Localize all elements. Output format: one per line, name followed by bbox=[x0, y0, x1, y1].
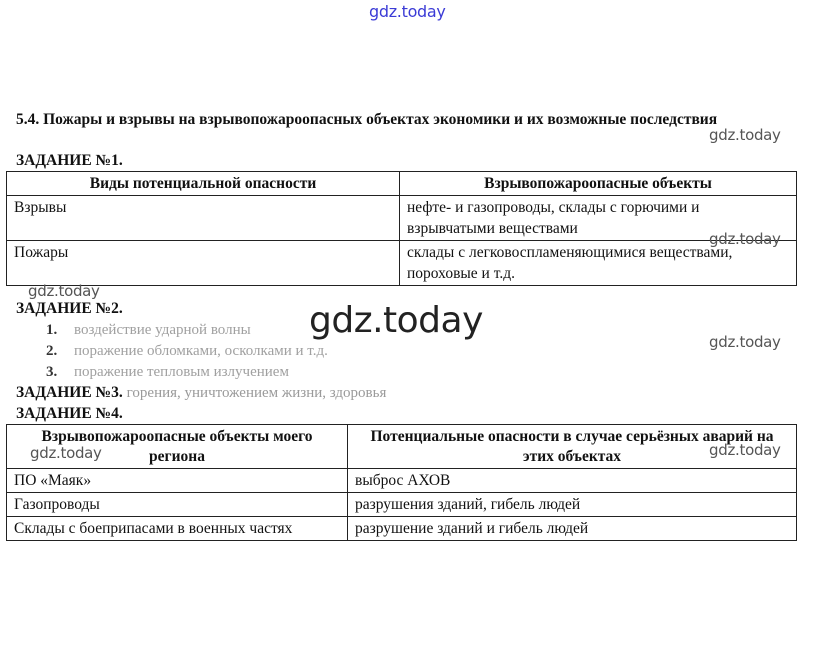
table-row: ПО «Маяк» выброс АХОВ bbox=[7, 469, 797, 493]
table-cell: Взрывы bbox=[7, 196, 400, 241]
table-cell: разрушения зданий, гибель людей bbox=[348, 493, 797, 517]
watermark: gdz.today bbox=[709, 333, 781, 351]
table-cell: Пожары bbox=[7, 241, 400, 286]
table-row: Пожары склады с легковоспламеняющимися в… bbox=[7, 241, 797, 286]
table-cell: Газопроводы bbox=[7, 493, 348, 517]
task4-label: ЗАДАНИЕ №4. bbox=[16, 404, 123, 424]
task2-label: ЗАДАНИЕ №2. bbox=[16, 299, 123, 319]
table-cell: разрушение зданий и гибель людей bbox=[348, 517, 797, 541]
section-title: 5.4. Пожары и взрывы на взрывопожароопас… bbox=[16, 110, 746, 130]
list-item: 3.поражение тепловым излучением bbox=[46, 362, 328, 383]
task4-table: Взрывопожароопасные объекты моего регион… bbox=[6, 424, 797, 541]
list-number: 1. bbox=[46, 320, 74, 341]
table-row: Взрывы нефте- и газопроводы, склады с го… bbox=[7, 196, 797, 241]
task2-list: 1.воздействие ударной волны 2.поражение … bbox=[46, 320, 328, 383]
list-text: поражение обломками, осколками и т.д. bbox=[74, 343, 328, 359]
table-row: Склады с боеприпасами в военных частях р… bbox=[7, 517, 797, 541]
task1-label: ЗАДАНИЕ №1. bbox=[16, 151, 123, 171]
task3: ЗАДАНИЕ №3. горения, уничтожением жизни,… bbox=[16, 383, 386, 403]
watermark-large: gdz.today bbox=[309, 300, 483, 341]
task3-label: ЗАДАНИЕ №3. bbox=[16, 384, 123, 401]
watermark-top: gdz.today bbox=[369, 2, 446, 21]
list-text: поражение тепловым излучением bbox=[74, 364, 289, 380]
table-header: Взрывопожароопасные объекты bbox=[400, 172, 797, 196]
table-header: Виды потенциальной опасности bbox=[7, 172, 400, 196]
list-text: воздействие ударной волны bbox=[74, 322, 251, 338]
watermark: gdz.today bbox=[709, 441, 781, 459]
watermark: gdz.today bbox=[30, 444, 102, 462]
list-number: 3. bbox=[46, 362, 74, 383]
watermark: gdz.today bbox=[709, 230, 781, 248]
table-cell: Склады с боеприпасами в военных частях bbox=[7, 517, 348, 541]
list-item: 2.поражение обломками, осколками и т.д. bbox=[46, 341, 328, 362]
table-row: Газопроводы разрушения зданий, гибель лю… bbox=[7, 493, 797, 517]
table-cell: ПО «Маяк» bbox=[7, 469, 348, 493]
watermark: gdz.today bbox=[709, 126, 781, 144]
table-cell: выброс АХОВ bbox=[348, 469, 797, 493]
task1-table: Виды потенциальной опасности Взрывопожар… bbox=[6, 171, 797, 286]
task3-answer: горения, уничтожением жизни, здоровья bbox=[127, 385, 387, 401]
list-number: 2. bbox=[46, 341, 74, 362]
watermark: gdz.today bbox=[28, 282, 100, 300]
list-item: 1.воздействие ударной волны bbox=[46, 320, 328, 341]
